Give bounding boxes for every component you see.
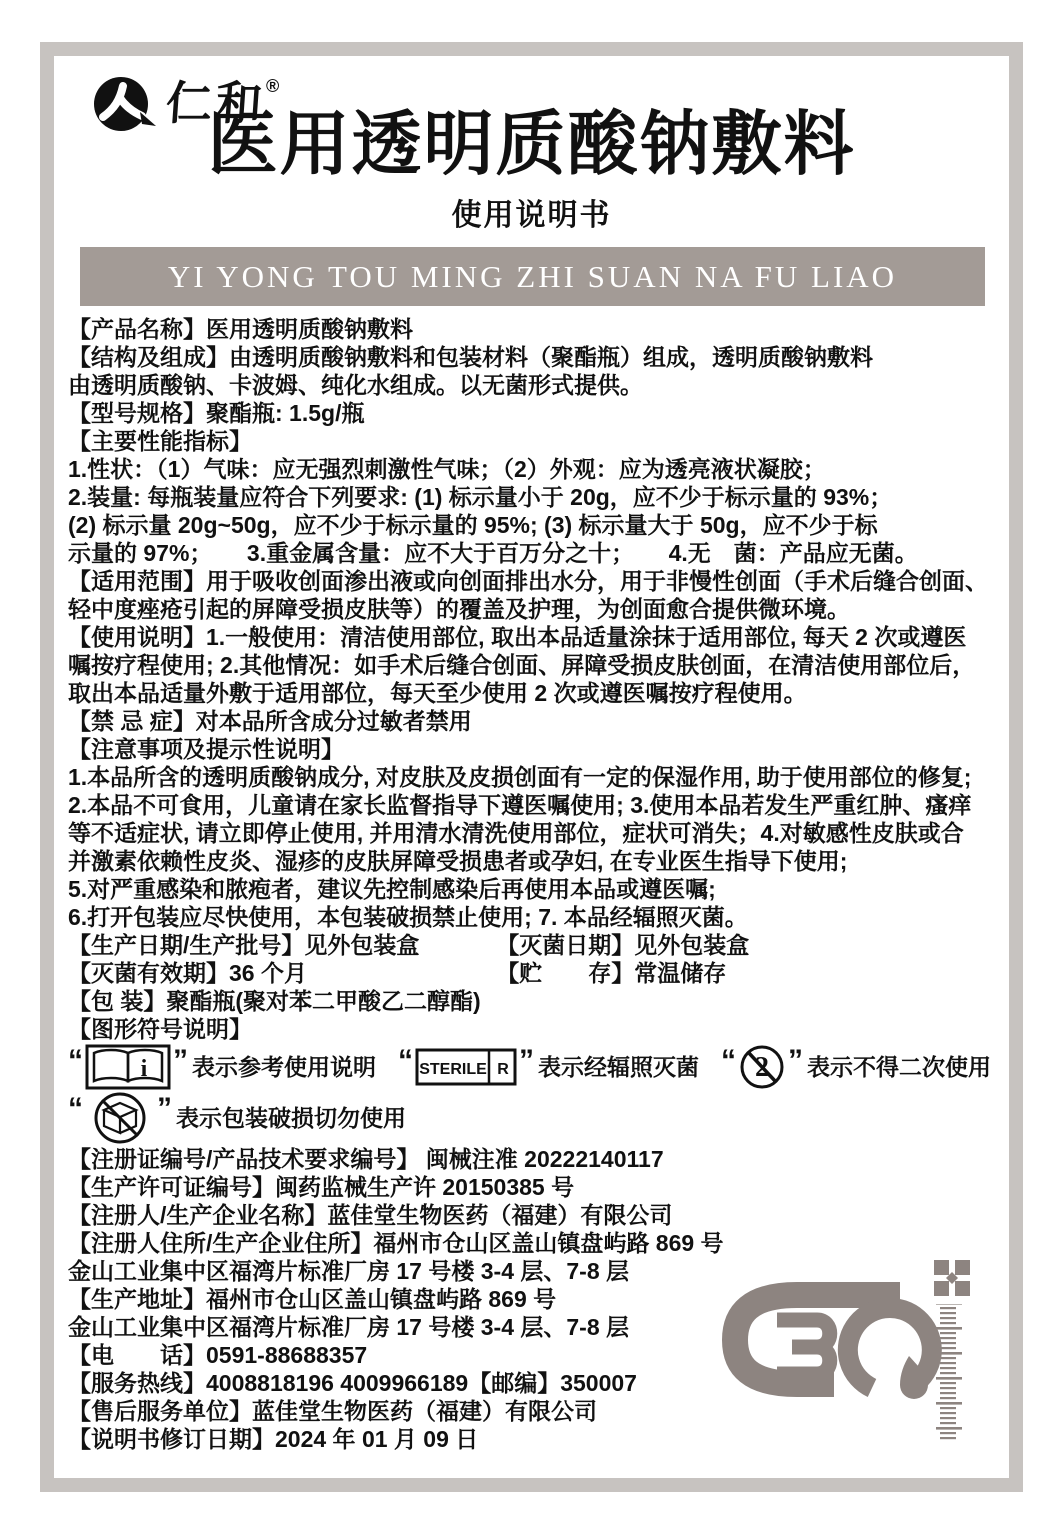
renhe-logo-icon xyxy=(90,74,158,138)
sterile-r-icon: STERILE R xyxy=(415,1048,517,1086)
close-quote: ” xyxy=(519,1043,534,1071)
svg-text:R: R xyxy=(497,1061,509,1078)
body-line: 并激素依赖性皮炎、湿疹的皮肤屏障受损患者或孕妇, 在专业医生指导下使用; xyxy=(68,847,999,875)
packaging-line: 【包 装】聚酯瓶(聚对苯二甲酸乙二醇酯) xyxy=(68,987,999,1015)
svg-text:i: i xyxy=(141,1056,148,1082)
registered-trademark-symbol: ® xyxy=(266,74,279,98)
sterilization-date-label: 【灭菌日期】见外包装盒 xyxy=(496,931,999,959)
body-line: 1.本品所含的透明质酸钠成分, 对皮肤及皮损创面有一定的保湿作用, 助于使用部位… xyxy=(68,763,999,791)
body-line: 2.本品不可食用，儿童请在家长监督指导下遵医嘱使用; 3.使用本品若发生严重红肿… xyxy=(68,791,999,819)
body-line: 【使用说明】1.一般使用：清洁使用部位, 取出本品适量涂抹于适用部位, 每天 2… xyxy=(68,623,999,651)
open-quote: “ xyxy=(721,1043,736,1071)
leaflet-content: 仁和 ® 医用透明质酸钠敷料 使用说明书 YI YONG TOU MING ZH… xyxy=(54,56,1009,1478)
open-quote: “ xyxy=(398,1043,413,1071)
close-quote: ” xyxy=(157,1091,172,1119)
body-line: 【结构及组成】由透明质酸钠敷料和包装材料（聚酯瓶）组成，透明质酸钠敷料 xyxy=(68,343,999,371)
close-quote: ” xyxy=(788,1043,803,1071)
body-line: 【禁 忌 症】对本品所含成分过敏者禁用 xyxy=(68,707,999,735)
body-line: 1.性状：（1）气味：应无强烈刺激性气味；（2）外观：应为透亮液状凝胶； xyxy=(68,455,999,483)
footer-line: 【服务热线】4008818196 4009966189【邮编】350007 xyxy=(68,1369,999,1397)
body-line: 6.打开包装应尽快使用，本包装破损禁止使用; 7. 本品经辐照灭菌。 xyxy=(68,903,999,931)
validity-storage-row: 【灭菌有效期】36 个月 【贮 存】常温储存 xyxy=(68,959,999,987)
symbols-heading: 【图形符号说明】 xyxy=(68,1015,999,1043)
footer-line: 【售后服务单位】蓝佳堂生物医药（福建）有限公司 xyxy=(68,1397,999,1425)
open-quote: “ xyxy=(68,1043,83,1071)
footer-line: 【电 话】0591-88688357 xyxy=(68,1341,999,1369)
leaflet-page: 仁和 ® 医用透明质酸钠敷料 使用说明书 YI YONG TOU MING ZH… xyxy=(0,0,1063,1536)
body-line: 【主要性能指标】 xyxy=(68,427,999,455)
leaflet-body: 【产品名称】医用透明质酸钠敷料 【结构及组成】由透明质酸钠敷料和包装材料（聚酯瓶… xyxy=(68,315,999,1453)
symbol-label: 表示经辐照灭菌 xyxy=(538,1053,699,1081)
production-date-label: 【生产日期/生产批号】见外包装盒 xyxy=(68,931,496,959)
consult-ifu-book-icon: i xyxy=(85,1044,171,1090)
body-line: 2.装量: 每瓶装量应符合下列要求: (1) 标示量小于 20g，应不少于标示量… xyxy=(68,483,999,511)
open-quote: “ xyxy=(68,1091,83,1119)
footer-line: 金山工业集中区福湾片标准厂房 17 号楼 3-4 层、7-8 层 xyxy=(68,1313,999,1341)
pinyin-banner: YI YONG TOU MING ZHI SUAN NA FU LIAO xyxy=(80,247,985,306)
body-line: 等不适症状, 请立即停止使用, 并用清水清洗使用部位，症状可消失；4.对敏感性皮… xyxy=(68,819,999,847)
body-line: (2) 标示量 20g~50g，应不少于标示量的 95%; (3) 标示量大于 … xyxy=(68,511,999,539)
body-line: 示量的 97%； 3.重金属含量：应不大于百万分之十； 4.无 菌：产品应无菌。 xyxy=(68,539,999,567)
footer-line: 【生产地址】福州市仓山区盖山镇盘屿路 869 号 xyxy=(68,1285,999,1313)
package-damaged-icon xyxy=(93,1091,147,1145)
footer-line: 【生产许可证编号】闽药监械生产许 20150385 号 xyxy=(68,1173,999,1201)
storage-label: 【贮 存】常温储存 xyxy=(496,959,999,987)
body-line: 轻中度痤疮引起的屏障受损皮肤等）的覆盖及护理，为创面愈合提供微环境。 xyxy=(68,595,999,623)
brand-name: 仁和 xyxy=(164,74,268,134)
close-quote: ” xyxy=(173,1043,188,1071)
production-date-row: 【生产日期/生产批号】见外包装盒 【灭菌日期】见外包装盒 xyxy=(68,931,999,959)
footer-line: 【注册人住所/生产企业住所】福州市仓山区盖山镇盘屿路 869 号 xyxy=(68,1229,999,1257)
brand-logo: 仁和 ® xyxy=(88,74,279,138)
body-line: 取出本品适量外敷于适用部位，每天至少使用 2 次或遵医嘱按疗程使用。 xyxy=(68,679,999,707)
body-line: 【注意事项及提示性说明】 xyxy=(68,735,999,763)
svg-text:STERILE: STERILE xyxy=(419,1061,487,1078)
symbols-row-1: “ i ” 表示参考使用说明 “ xyxy=(68,1043,999,1091)
body-line: 【适用范围】用于吸收创面渗出液或向创面排出水分，用于非慢性创面（手术后缝合创面、 xyxy=(68,567,999,595)
symbols-row-2: “ ” 表示包装破损切勿使用 xyxy=(68,1091,999,1145)
body-line: 由透明质酸钠、卡波姆、纯化水组成。以无菌形式提供。 xyxy=(68,371,999,399)
symbol-label: 表示不得二次使用 xyxy=(807,1053,991,1081)
footer-line: 金山工业集中区福湾片标准厂房 17 号楼 3-4 层、7-8 层 xyxy=(68,1257,999,1285)
body-line: 嘱按疗程使用; 2.其他情况：如手术后缝合创面、屏障受损皮肤创面，在清洁使用部位… xyxy=(68,651,999,679)
symbol-label: 表示参考使用说明 xyxy=(192,1053,376,1081)
footer-line: 【说明书修订日期】2024 年 01 月 09 日 xyxy=(68,1425,999,1453)
sterilization-validity-label: 【灭菌有效期】36 个月 xyxy=(68,959,496,987)
do-not-reuse-icon: 2 xyxy=(738,1043,786,1091)
symbol-label: 表示包装破损切勿使用 xyxy=(176,1104,406,1132)
page-border-frame: 仁和 ® 医用透明质酸钠敷料 使用说明书 YI YONG TOU MING ZH… xyxy=(40,42,1023,1492)
body-line: 5.对严重感染和脓疱者，建议先控制感染后再使用本品或遵医嘱; xyxy=(68,875,999,903)
body-line: 【型号规格】聚酯瓶: 1.5g/瓶 xyxy=(68,399,999,427)
footer-line: 【注册证编号/产品技术要求编号】 闽械注准 20222140117 xyxy=(68,1145,999,1173)
page-subtitle: 使用说明书 xyxy=(54,198,1009,234)
footer-line: 【注册人/生产企业名称】蓝佳堂生物医药（福建）有限公司 xyxy=(68,1201,999,1229)
body-line: 【产品名称】医用透明质酸钠敷料 xyxy=(68,315,999,343)
